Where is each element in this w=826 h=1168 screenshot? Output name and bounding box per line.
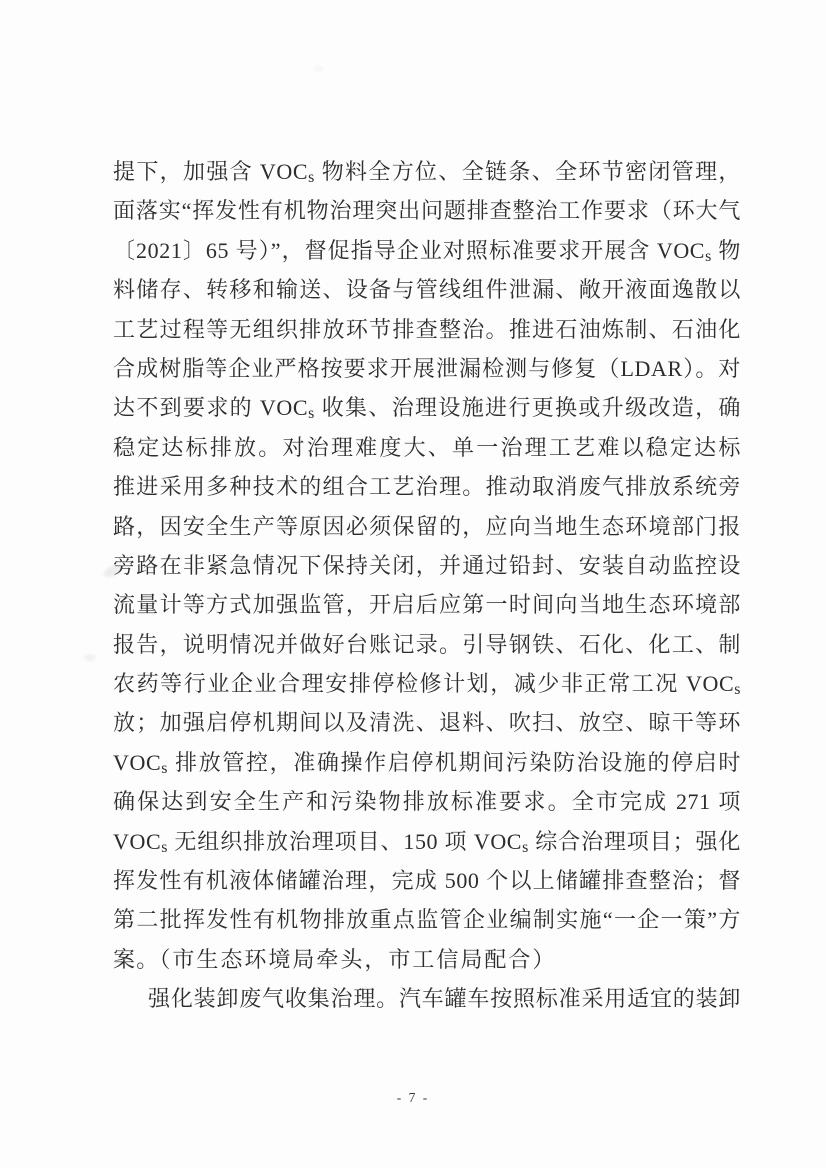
body-line-20: 第二批挥发性有机物排放重点监管企业编制实施“一企一策”方: [113, 900, 741, 939]
scan-smudge: [314, 66, 323, 72]
body-line-15: 放；加强启停机期间以及清洗、退料、吹扫、放空、晾干等环节: [113, 703, 741, 742]
body-line-13: 报告，说明情况并做好台账记录。引导钢铁、石化、化工、制药、: [113, 625, 741, 664]
paragraph-end-text: 案。: [113, 947, 159, 972]
body-line-4: 料储存、转移和输送、设备与管线组件泄漏、敞开液面逸散以及: [113, 270, 741, 309]
body-line-5: 工艺过程等无组织排放环节排查整治。推进石油炼制、石油化学、: [113, 310, 741, 349]
body-line-9: 推进采用多种技术的组合工艺治理。推动取消废气排放系统旁: [113, 467, 741, 506]
page-number: - 7 -: [0, 1090, 826, 1106]
body-line-10: 路，因安全生产等原因必须保留的，应向当地生态环境部门报备，: [113, 507, 741, 546]
body-line-1: 提下，加强含 VOCs 物料全方位、全链条、全环节密闭管理，全: [113, 152, 741, 191]
body-line-22: 强化装卸废气收集治理。汽车罐车按照标准采用适宜的装卸: [113, 979, 741, 1018]
scanned-document-page: 提下，加强含 VOCs 物料全方位、全链条、全环节密闭管理，全 面落实“挥发性有…: [0, 0, 826, 1168]
body-line-19: 挥发性有机液体储罐治理，完成 500 个以上储罐排查整治；督促: [113, 861, 741, 900]
body-line-11: 旁路在非紧急情况下保持关闭，并通过铅封、安装自动监控设施、: [113, 546, 741, 585]
responsibility-note: （市生态环境局牵头，市工信局配合）: [159, 947, 556, 972]
body-line-14: 农药等行业企业合理安排停检修计划，减少非正常工况 VOCs 排: [113, 664, 741, 703]
body-line-17: 确保达到安全生产和污染物排放标准要求。全市完成 271 项: [113, 782, 741, 821]
body-text-block: 提下，加强含 VOCs 物料全方位、全链条、全环节密闭管理，全 面落实“挥发性有…: [113, 152, 741, 1019]
body-line-3: 〔2021〕65 号）”，督促指导企业对照标准要求开展含 VOCs 物: [113, 231, 741, 270]
body-line-21: 案。（市生态环境局牵头，市工信局配合）: [113, 940, 741, 979]
scan-smudge: [84, 654, 96, 661]
body-line-2: 面落实“挥发性有机物治理突出问题排查整治工作要求（环大气: [113, 191, 741, 230]
body-line-6: 合成树脂等企业严格按要求开展泄漏检测与修复（LDAR）。对: [113, 349, 741, 388]
body-line-12: 流量计等方式加强监管，开启后应第一时间向当地生态环境部门: [113, 585, 741, 624]
body-line-8: 稳定达标排放。对治理难度大、单一治理工艺难以稳定达标的，: [113, 428, 741, 467]
body-line-7: 达不到要求的 VOCs 收集、治理设施进行更换或升级改造，确保: [113, 388, 741, 427]
body-line-16: VOCs 排放管控，准确操作启停机期间污染防治设施的停启时间，: [113, 743, 741, 782]
body-line-18: VOCs 无组织排放治理项目、150 项 VOCs 综合治理项目；强化: [113, 822, 741, 861]
